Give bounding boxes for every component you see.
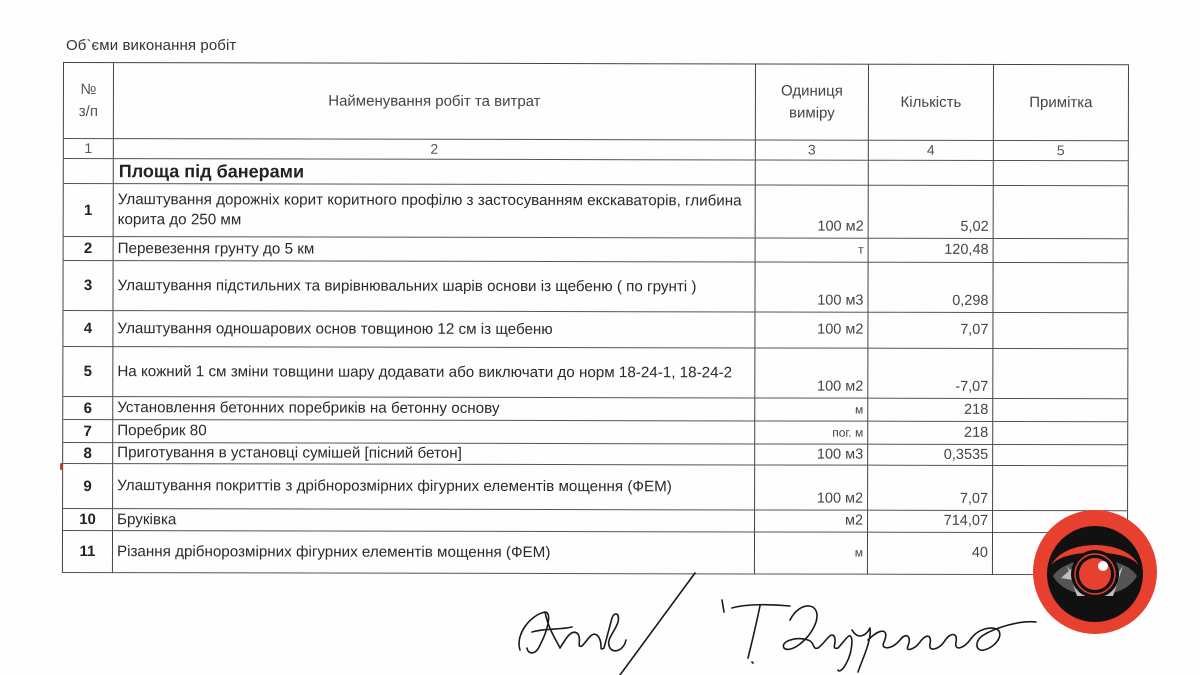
row-note: [993, 349, 1128, 399]
row-number: 4: [63, 311, 113, 347]
row-quantity: 218: [868, 422, 993, 445]
section-qty-cell: [869, 161, 994, 186]
row-number: 1: [64, 184, 114, 237]
row-note: [993, 445, 1128, 466]
row-number: 2: [64, 237, 114, 261]
signature-slash: [620, 573, 695, 675]
header-number: № з/п: [64, 63, 114, 139]
column-number-3: 3: [756, 140, 869, 160]
signature-2-surname: [783, 606, 1036, 672]
header-quantity: Кількість: [869, 65, 994, 141]
row-work-name: Різання дрібнорозмірних фігурних елемент…: [113, 531, 755, 574]
row-quantity: 0,298: [868, 263, 993, 313]
row-number: 9: [63, 464, 113, 509]
row-number: 11: [63, 531, 113, 573]
signature-2-initial: [722, 600, 790, 663]
row-work-name: Бруківка: [113, 509, 755, 532]
row-work-name: Поребрик 80: [113, 420, 755, 444]
row-unit: м: [755, 532, 868, 574]
row-work-name: Улаштування одношарових основ товщиною 1…: [113, 311, 755, 348]
margin-mark: [60, 463, 63, 470]
row-number: 10: [63, 509, 113, 531]
row-note: [993, 422, 1128, 445]
header-name: Найменування робіт та витрат: [114, 63, 756, 140]
section-unit-cell: [756, 160, 869, 185]
row-number: 5: [63, 347, 113, 397]
eye-camera-logo-icon: [1033, 510, 1157, 634]
row-note: [993, 313, 1128, 349]
row-work-name: На кожний 1 см зміни товщини шару додава…: [113, 347, 755, 398]
row-quantity: 0,3535: [868, 445, 993, 466]
row-quantity: 5,02: [869, 186, 994, 239]
document-title: Об`єми виконання робіт: [66, 37, 236, 54]
row-number: 8: [63, 443, 113, 464]
row-work-name: Перевезення грунту до 5 км: [114, 237, 756, 262]
row-note: [993, 399, 1128, 422]
row-work-name: Улаштування покриттів з дрібнорозмірних …: [113, 464, 755, 510]
row-number: 3: [63, 261, 113, 311]
row-number: 7: [63, 420, 113, 443]
section-title: Площа під банерами: [114, 159, 756, 185]
header-unit: Одиниця виміру: [756, 64, 869, 140]
section-number-cell: [64, 159, 114, 184]
section-note-cell: [994, 161, 1129, 186]
row-unit: м2: [755, 510, 868, 532]
row-quantity: -7,07: [868, 349, 993, 399]
works-volume-table: № з/п Найменування робіт та витрат Одини…: [62, 62, 1129, 575]
row-unit: пог. м: [755, 421, 868, 444]
column-number-1: 1: [64, 139, 114, 159]
row-unit: 100 м2: [756, 185, 869, 238]
column-number-4: 4: [869, 141, 994, 161]
row-unit: т: [756, 238, 869, 262]
row-work-name: Улаштування дорожніх корит коритного про…: [114, 184, 756, 238]
row-note: [994, 239, 1129, 263]
row-unit: 100 м2: [755, 465, 868, 510]
row-unit: 100 м2: [755, 312, 868, 348]
row-number: 6: [63, 397, 113, 420]
column-number-5: 5: [994, 141, 1129, 161]
header-note: Примітка: [994, 65, 1129, 141]
row-unit: 100 м2: [755, 348, 868, 398]
row-quantity: 714,07: [868, 511, 993, 533]
row-work-name: Установлення бетонних поребриків на бето…: [113, 397, 755, 421]
row-unit: м: [755, 398, 868, 421]
row-work-name: Приготування в установці сумішей [пісний…: [113, 443, 755, 465]
row-work-name: Улаштування підстильних та вирівнювальни…: [113, 261, 755, 312]
row-quantity: 7,07: [868, 313, 993, 349]
row-quantity: 7,07: [868, 466, 993, 511]
row-quantity: 120,48: [869, 239, 994, 263]
row-unit: 100 м3: [755, 444, 868, 465]
row-note: [993, 466, 1128, 511]
signature-1: [519, 612, 626, 653]
row-quantity: 218: [868, 399, 993, 422]
row-note: [993, 263, 1128, 313]
row-unit: 100 м3: [755, 262, 868, 312]
row-quantity: 40: [868, 533, 993, 575]
row-note: [994, 186, 1129, 239]
column-number-2: 2: [114, 139, 756, 160]
